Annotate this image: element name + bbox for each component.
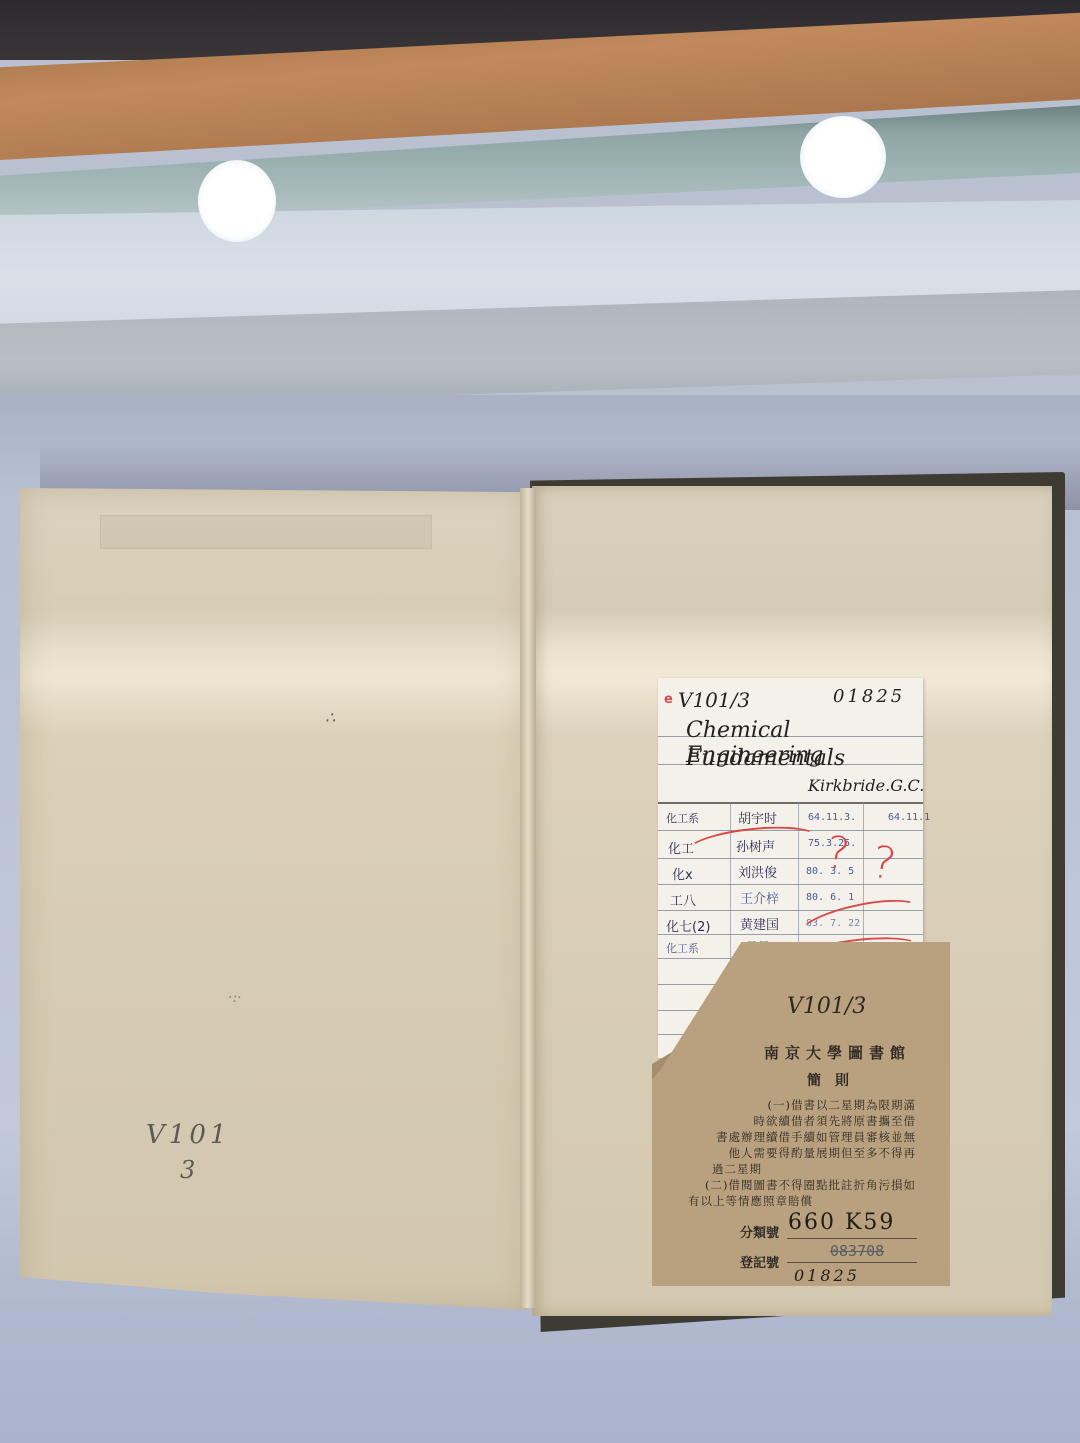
rule-line: 時欲續借者須先將原書攜至借 [754,1113,917,1129]
registration-new-number: 01825 [794,1266,860,1285]
red-pen-stroke [685,821,822,869]
spotlight-reflection-right [800,116,886,198]
card-call-number: V101/3 [678,688,750,712]
rule-line: (二)借閱圖書不得圈點批註折角污損如 [705,1177,916,1193]
rule-line: (一)借書以二星期為限期滿 [768,1097,916,1113]
dot-marks: ∴ [325,708,337,727]
spotlight-reflection-left [198,160,276,242]
classification-label: 分類號 [740,1222,779,1241]
registration-label: 登記號 [740,1252,779,1271]
rule-line: 書處辦理續借手續如管理員審核並無 [716,1129,916,1145]
card-accession-number: 01825 [833,686,905,707]
pencil-call-number-line1: V101 [146,1120,230,1150]
pocket-call-number: V101/3 [787,994,866,1019]
rules-title: 簡 則 [807,1070,849,1090]
faint-pencil-mark: ·:· [228,990,242,1006]
registration-old-number: 083708 [830,1242,884,1260]
pencil-call-number-line2: 3 [180,1156,195,1184]
rule-line: 過二星期 [712,1161,762,1177]
book-left-page [20,488,528,1310]
red-question-mark: ? [868,836,900,890]
rule-line: 有以上等情應照章賠償 [688,1193,813,1209]
library-name: 南京大學圖書館 [764,1042,911,1063]
card-author: Kirkbride.G.C. [808,776,924,795]
classification-value: 660 K59 [788,1210,895,1235]
faded-stamp [100,515,432,549]
rule-line: 他人需要得酌量展期但至多不得再 [729,1145,917,1161]
red-mark: e [664,692,673,707]
card-title-line2: Fundamentals [686,746,845,771]
book-gutter [520,488,536,1308]
